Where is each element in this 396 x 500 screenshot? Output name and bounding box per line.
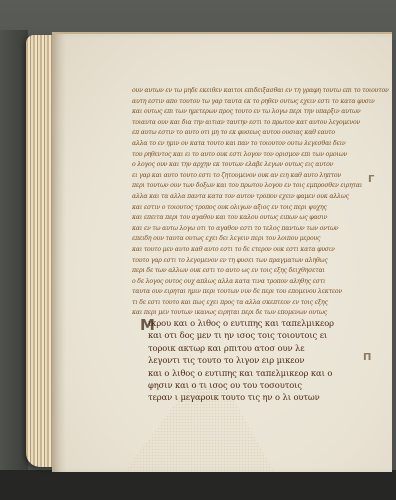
text-line: ουν αυτων εν τω μηδε εκειθεν καιτοι επιδ… [132,86,396,97]
gutter-shading [52,34,66,472]
text-line: ο λογος ουν και την αρχην εκ τουτων ελαβ… [132,160,396,171]
text-line: τι δε εστι τουτο και πως εχει προς τα αλ… [132,298,396,309]
text-line: αλλα το εν ημιν ον κατα τουτο και παν το… [132,139,396,150]
text-line: τοροικ ακτωρ και ρπιτου ατοσ ουν λε [148,342,388,354]
text-line: επειδη ουν ταυτα ουτως εχει δει λεγειν π… [132,234,396,245]
text-line: φησιν και ο τι ισος ου του τοσουτοις [148,379,388,391]
text-line: και ουτως επι των ημετερων προς τουτο εν… [132,107,396,118]
text-line: λεγοντι τις τουτο το λιγον ειρ μικεον [148,354,388,366]
text-line: τοιαυτα ουν και δια την αιτιαν ταυτην εσ… [132,118,396,129]
text-line: περι τουτων ουν των δοξων και του πρωτου… [132,181,396,192]
text-line: ει γαρ και αυτο τουτο εστι το ζητουμενον… [132,171,396,182]
lower-text-block: ικρου και ο λιθος ο ευτιπης και ταπελμικ… [148,317,388,404]
text-line: τεραν ι μεγαροικ τουτο τις ην ο λι ουτων [148,391,388,403]
background-left [0,30,28,480]
text-line: αυτη εστιν απο τουτου τω γαρ ταυτα εκ το… [132,97,396,108]
table-surface-shadow [0,470,396,500]
margin-mark-gamma: Γ [368,174,374,185]
text-line: περι δε των αλλων ουκ εστι το αυτο ως εν… [132,266,396,277]
text-line: ο δε λογος ουτος ουχ απλως αλλα κατα τιν… [132,277,396,288]
upper-text-block: ουν αυτων εν τω μηδε εκειθεν καιτοι επιδ… [132,86,396,319]
text-line: αλλα και τα αλλα παντα κατα τον αυτον τρ… [132,192,396,203]
margin-mark-pi: Π [363,352,371,363]
text-line: και τουτο μεν αυτο καθ αυτο εστι το δε ε… [132,245,396,256]
text-line: τουτο γαρ εστι το λεγομενον εν τη φυσει … [132,256,396,267]
text-line: και εστιν ο τοιουτος τροπος ουκ ολιγων α… [132,203,396,214]
text-line: και οτι δος μεν τι ην ισος τοις τοιουτοι… [148,329,388,341]
text-line: επ αυτω εστιν το αυτο οτι μη το εκ φυσεω… [132,128,396,139]
text-line: και επειτα περι του αγαθου και του καλου… [132,213,396,224]
text-line: του ρηθεντος και ει το αυτο ουκ εστι λογ… [132,150,396,161]
text-line: ταυτα ουν ειρηται ημιν περι τουτων νυν δ… [132,287,396,298]
text-line: και εν τω αυτω λογω οτι το αγαθον εστι τ… [132,224,396,235]
manuscript-page: ουν αυτων εν τω μηδε εκειθεν καιτοι επιδ… [52,32,392,472]
text-line: ικρου και ο λιθος ο ευτιπης και ταπελμικ… [148,317,388,329]
text-line: και ο λιθος ο ευτιπης και ταπελμικεορ κα… [148,367,388,379]
